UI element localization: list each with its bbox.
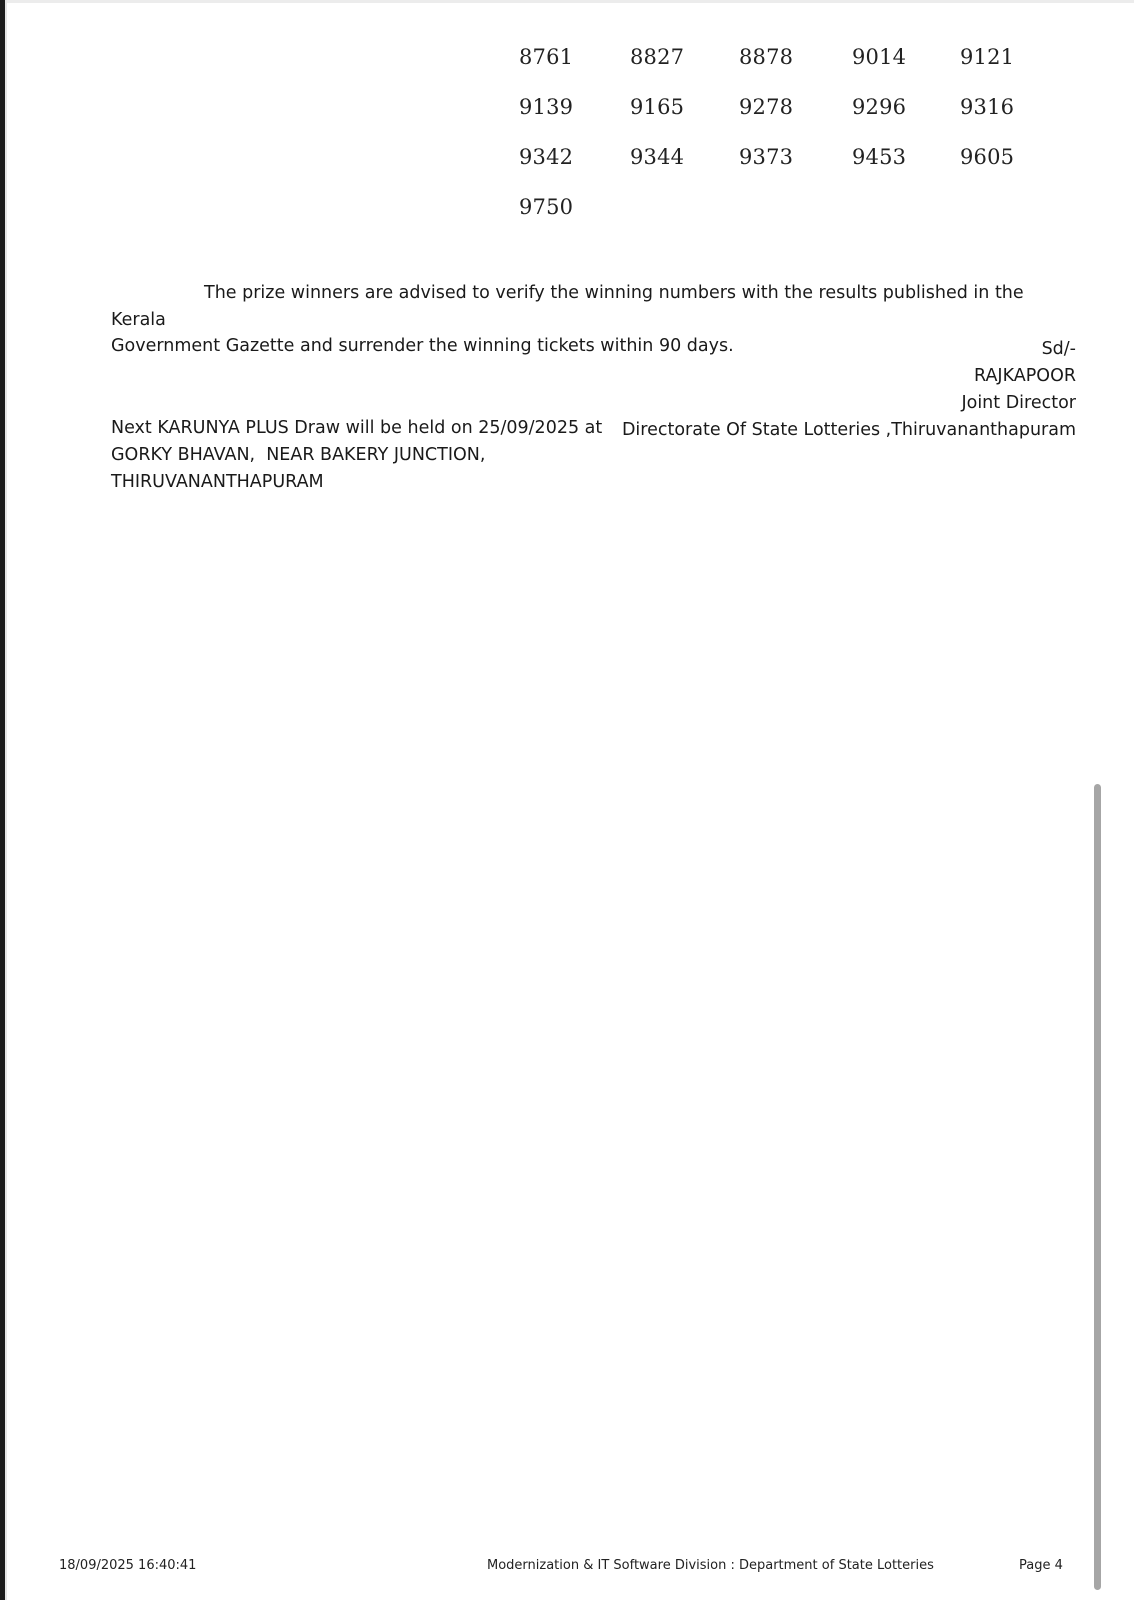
winning-number: 9750 [519,195,573,219]
footer-division: Modernization & IT Software Division : D… [487,1558,934,1573]
footer-timestamp: 18/09/2025 16:40:41 [59,1558,196,1573]
notice-line-1: The prize winners are advised to verify … [111,283,1024,330]
winning-number: 8827 [630,45,684,69]
winning-number: 8761 [519,45,573,69]
winning-number: 8878 [739,45,793,69]
winning-number: 9453 [852,145,906,169]
next-draw-line-3: THIRUVANANTHAPURAM [111,469,602,496]
winning-number: 9165 [630,95,684,119]
winning-number: 9342 [519,145,573,169]
winning-number: 9121 [960,45,1014,69]
winning-number: 9139 [519,95,573,119]
signatory-office: Directorate Of State Lotteries ,Thiruvan… [622,417,1076,444]
winning-number: 9344 [630,145,684,169]
signatory-name: RAJKAPOOR [622,363,1076,390]
footer-page-number: Page 4 [1019,1558,1063,1573]
winning-number: 9605 [960,145,1014,169]
winning-number: 9278 [739,95,793,119]
next-draw-line-2: GORKY BHAVAN, NEAR BAKERY JUNCTION, [111,442,602,469]
winning-number: 9296 [852,95,906,119]
signature-sd: Sd/- [622,336,1076,363]
winning-number: 9014 [852,45,906,69]
vertical-scrollbar-thumb[interactable] [1094,784,1101,1590]
signatory-designation: Joint Director [622,390,1076,417]
winning-number: 9316 [960,95,1014,119]
next-draw-line-1: Next KARUNYA PLUS Draw will be held on 2… [111,415,602,442]
document-page: 8761 8827 8878 9014 9121 9139 9165 9278 … [7,3,1134,1600]
winning-number: 9373 [739,145,793,169]
signature-block: Sd/- RAJKAPOOR Joint Director Directorat… [622,336,1076,444]
next-draw-info: Next KARUNYA PLUS Draw will be held on 2… [111,415,602,496]
